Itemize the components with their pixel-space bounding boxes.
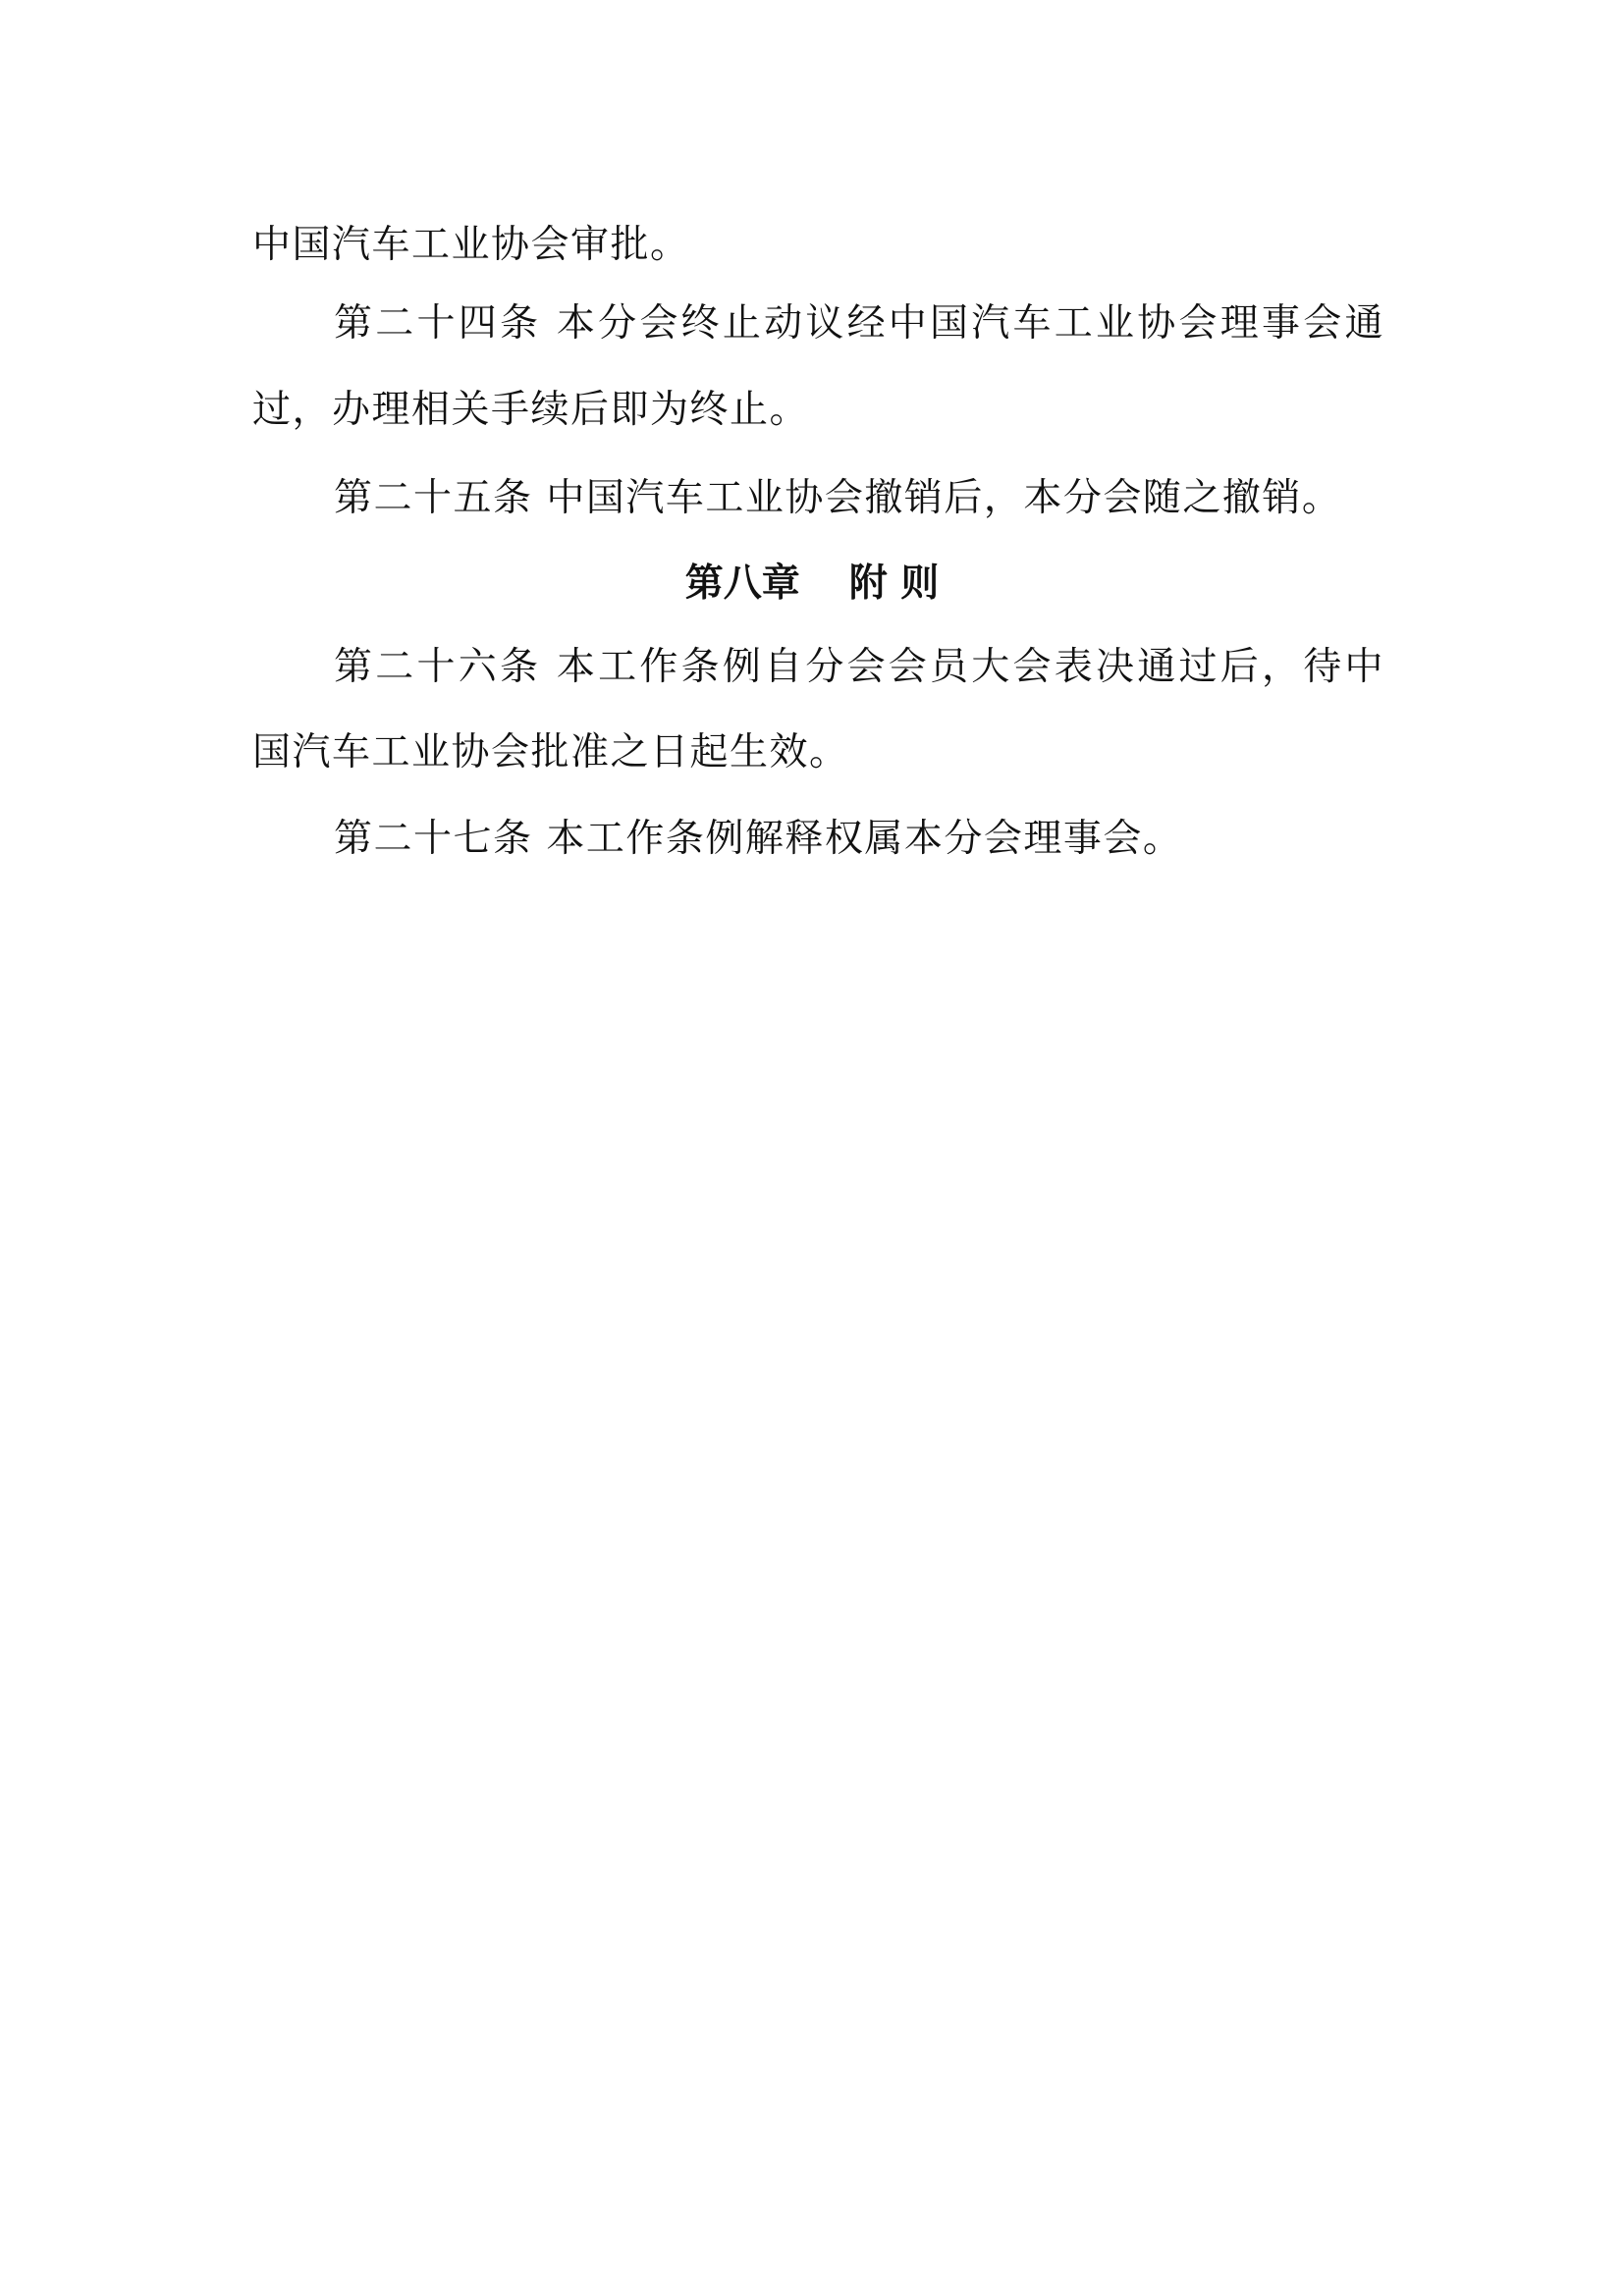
- chapter-title: 附 则: [849, 561, 940, 606]
- article-27: 第二十七条 本工作条例解释权属本分会理事会。: [334, 815, 1182, 864]
- chapter-number: 第八章: [685, 561, 800, 606]
- chapter-heading: 第八章附 则: [0, 560, 1624, 609]
- article-25: 第二十五条 中国汽车工业协会撤销后，本分会随之撤销。: [334, 474, 1341, 523]
- article-26-line-2: 国汽车工业协会批准之日起生效。: [252, 728, 849, 777]
- paragraph-line: 中国汽车工业协会审批。: [252, 221, 690, 270]
- article-24-line-2: 过，办理相关手续后即为终止。: [252, 386, 809, 435]
- article-26-line-1: 第二十六条 本工作条例自分会会员大会表决通过后，待中: [334, 643, 1384, 692]
- article-24-line-1: 第二十四条 本分会终止动议经中国汽车工业协会理事会通: [334, 299, 1384, 348]
